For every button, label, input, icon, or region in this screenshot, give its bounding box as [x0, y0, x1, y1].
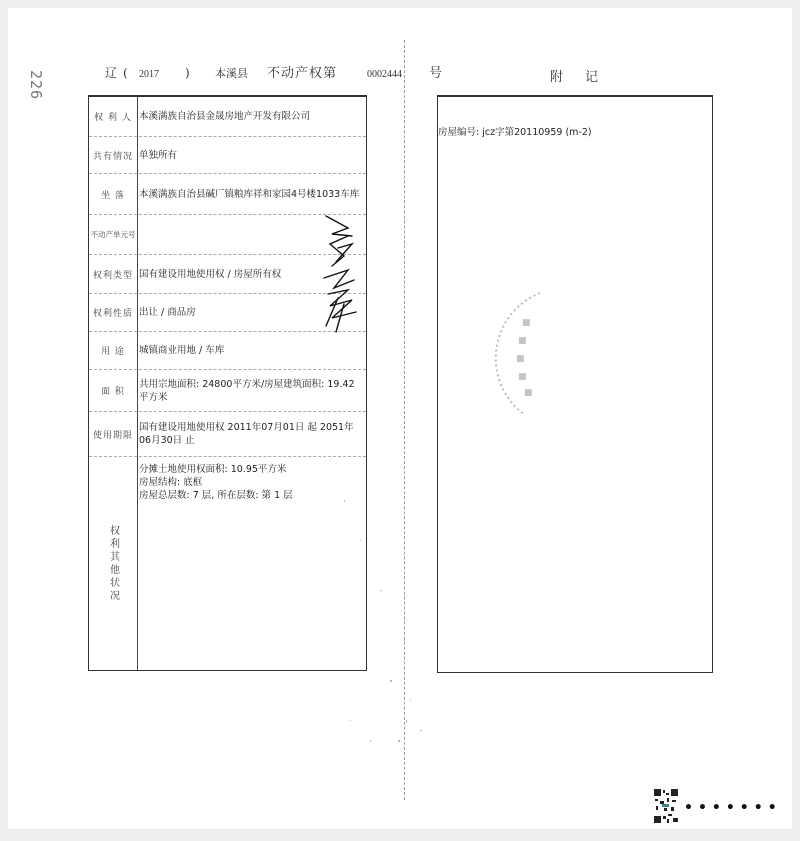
row-value-owner: 本溪满族自治县金晟房地产开发有限公司: [139, 97, 362, 136]
table-row: 面 积 共用宗地面积: 24800平方米/房屋建筑面积: 19.42平方米: [89, 370, 366, 412]
row-value-area: 共用宗地面积: 24800平方米/房屋建筑面积: 19.42平方米: [139, 370, 362, 411]
row-label-right-nature: 权利性质: [89, 294, 137, 331]
header-certificate-number: 0002444: [367, 69, 429, 80]
row-label-term: 使用期限: [89, 412, 137, 456]
header-province: 辽: [105, 64, 123, 81]
header-year: 2017: [139, 69, 185, 80]
qr-code-icon[interactable]: [653, 788, 679, 824]
handwritten-signature: [318, 208, 364, 338]
table-row: 权 利 人 本溪满族自治县金晟房地产开发有限公司: [89, 97, 366, 137]
annex-house-number: 房屋编号: jcz字第20110959 (m-2): [438, 124, 592, 138]
page-number: 226: [27, 70, 45, 100]
header-county: 本溪县: [215, 65, 267, 81]
annex-title: 附记: [550, 66, 620, 85]
table-row: 共有情况 单独所有: [89, 137, 366, 174]
row-label-right-type: 权利类型: [89, 255, 137, 293]
annex-box: 房屋编号: jcz字第20110959 (m-2): [437, 95, 713, 673]
other-line-floors: 房屋总层数: 7 层, 所在层数: 第 1 层: [139, 489, 293, 502]
row-label-owner: 权 利 人: [89, 97, 137, 136]
other-line-structure: 房屋结构: 底框: [139, 476, 293, 489]
other-line-land-area: 分摊土地使用权面积: 10.95平方米: [139, 463, 293, 476]
row-value-co-ownership: 单独所有: [139, 137, 362, 173]
header-close-paren: ): [185, 66, 201, 80]
page-dots-indicator[interactable]: •••••••: [684, 800, 782, 816]
header-title: 不动产权第: [267, 62, 359, 81]
certificate-header: 辽(2017)本溪县不动产权第0002444号: [105, 62, 449, 81]
header-open-paren: (: [123, 66, 139, 80]
row-label-usage: 用 途: [89, 332, 137, 369]
row-label-co-ownership: 共有情况: [89, 137, 137, 173]
row-label-location: 坐 落: [89, 174, 137, 214]
header-suffix: 号: [429, 62, 449, 81]
row-label-other-status: 权利其他状况: [89, 457, 137, 670]
row-label-area: 面 积: [89, 370, 137, 411]
row-label-unit-number: 不动产单元号: [89, 215, 137, 254]
